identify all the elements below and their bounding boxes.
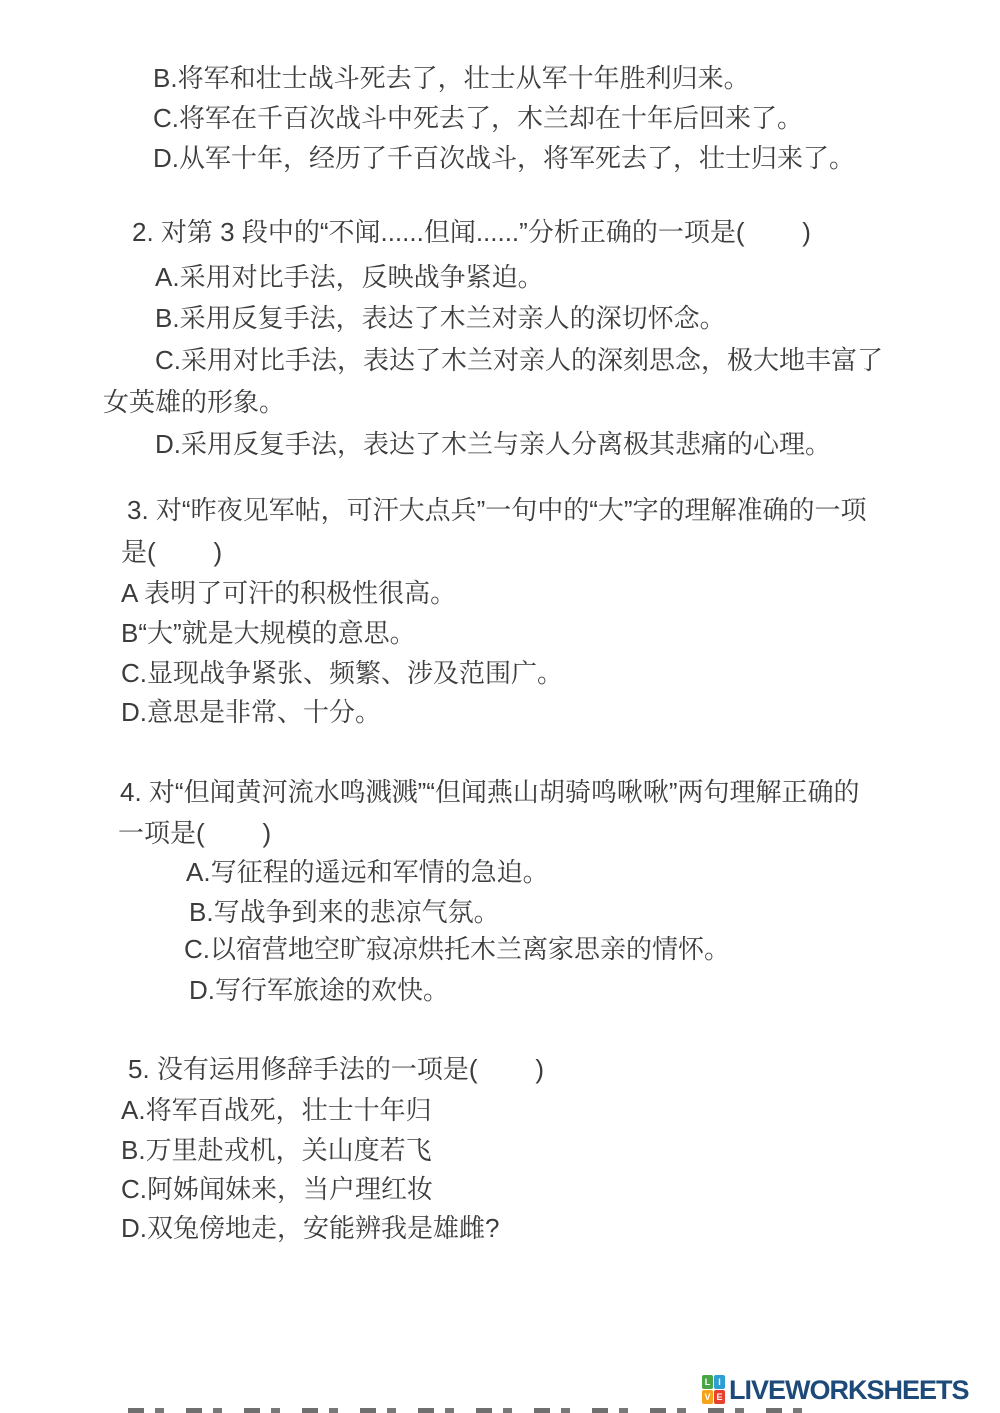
q2-option-c-line1: C.采用对比手法，表达了木兰对亲人的深刻思念，极大地丰富了 <box>155 340 883 380</box>
logo-tile-v: V <box>702 1390 713 1404</box>
worksheet-page: B.将军和壮士战斗死去了，壮士从军十年胜利归来。 C.将军在千百次战斗中死去了，… <box>0 0 1000 1413</box>
q4-option-b: B.写战争到来的悲凉气氛。 <box>189 892 500 932</box>
q2-option-a: A.采用对比手法，反映战争紧迫。 <box>155 257 544 297</box>
cut-off-next-line <box>128 1408 824 1413</box>
liveworksheets-brand-text: LIVEWORKSHEETS <box>729 1374 969 1406</box>
logo-tile-i: I <box>714 1375 725 1389</box>
logo-tile-l: L <box>702 1375 713 1389</box>
liveworksheets-logo-icon: L I V E <box>702 1375 726 1405</box>
q1-option-b: B.将军和壮士战斗死去了，壮士从军十年胜利归来。 <box>153 58 750 98</box>
logo-tile-e: E <box>714 1390 725 1404</box>
q2-option-c-line2: 女英雄的形象。 <box>103 382 285 422</box>
q1-option-c: C.将军在千百次战斗中死去了，木兰却在十年后回来了。 <box>153 98 803 138</box>
q3-stem-line1: 3. 对“昨夜见军帖，可汗大点兵”一句中的“大”字的理解准确的一项 <box>127 490 867 530</box>
q5-option-a: A.将军百战死，壮士十年归 <box>121 1090 432 1130</box>
q5-option-d: D.双兔傍地走，安能辨我是雄雌? <box>121 1208 499 1248</box>
q4-option-d: D.写行军旅途的欢快。 <box>189 970 449 1010</box>
q3-option-b: B“大”就是大规模的意思。 <box>121 613 416 653</box>
q1-option-d: D.从军十年，经历了千百次战斗，将军死去了，壮士归来了。 <box>153 138 855 178</box>
q2-option-d: D.采用反复手法，表达了木兰与亲人分离极其悲痛的心理。 <box>155 424 831 464</box>
q5-option-b: B.万里赴戎机，关山度若飞 <box>121 1130 432 1170</box>
q4-option-c: C.以宿营地空旷寂凉烘托木兰离家思亲的情怀。 <box>184 929 730 969</box>
liveworksheets-logo[interactable]: L I V E LIVEWORKSHEETS <box>702 1374 969 1406</box>
q3-option-d: D.意思是非常、十分。 <box>121 692 381 732</box>
q5-option-c: C.阿姊闻妹来，当户理红妆 <box>121 1169 433 1209</box>
q3-stem-line2: 是( ) <box>121 532 222 572</box>
q2-stem: 2. 对第 3 段中的“不闻......但闻......”分析正确的一项是( ) <box>132 212 811 252</box>
q4-option-a: A.写征程的遥远和军情的急迫。 <box>186 852 549 892</box>
q4-stem-line1: 4. 对“但闻黄河流水鸣溅溅”“但闻燕山胡骑鸣啾啾”两句理解正确的 <box>120 772 860 812</box>
q3-option-a: A 表明了可汗的积极性很高。 <box>121 573 456 613</box>
q5-stem: 5. 没有运用修辞手法的一项是( ) <box>128 1049 544 1089</box>
q3-option-c: C.显现战争紧张、频繁、涉及范围广。 <box>121 653 563 693</box>
q4-stem-line2: 一项是( ) <box>118 813 271 853</box>
q2-option-b: B.采用反复手法，表达了木兰对亲人的深切怀念。 <box>155 298 726 338</box>
